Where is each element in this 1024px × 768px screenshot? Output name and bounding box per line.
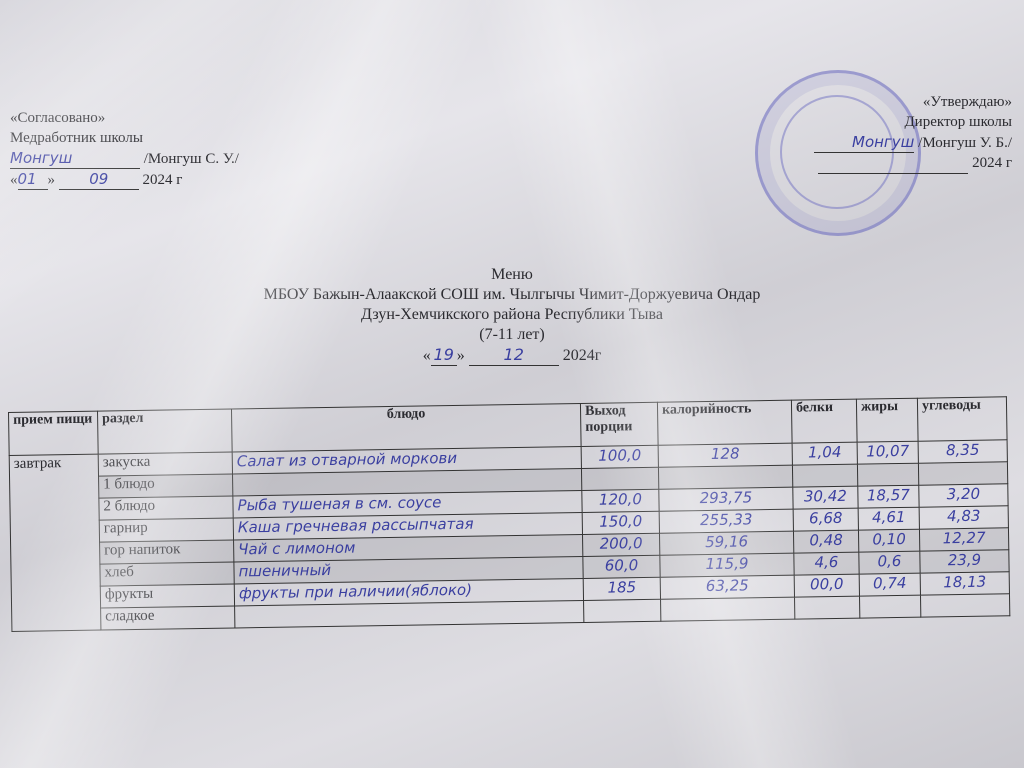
col-fats: жиры (856, 398, 918, 442)
proteins-cell: 00,0 (794, 574, 859, 597)
carbs-cell: 4,83 (919, 506, 1008, 529)
meal-cell: завтрак (9, 454, 101, 631)
school-name: МБОУ Бажын-Алаакской СОШ им. Чылгычы Чим… (0, 285, 1024, 305)
date-year: 2024 г (143, 172, 183, 188)
section-cell: сладкое (101, 606, 235, 630)
col-dish: блюдо (231, 404, 581, 452)
col-section: раздел (97, 409, 232, 454)
portion-cell (584, 599, 661, 622)
section-cell: гор напиток (100, 540, 234, 564)
carbs-cell: 18,13 (920, 572, 1009, 595)
menu-title-block: Меню МБОУ Бажын-Алаакской СОШ им. Чылгыч… (0, 265, 1024, 366)
approver-name: /Монгуш У. Б./ (918, 135, 1012, 151)
approval-left-block: «Согласовано» Медработник школы Монгуш /… (10, 108, 239, 190)
approval-heading: «Согласовано» (10, 108, 239, 128)
district-name: Дзун-Хемчикского района Республики Тыва (0, 305, 1024, 325)
proteins-cell: 1,04 (792, 442, 857, 465)
calories-cell: 255,33 (659, 509, 793, 533)
approval-role: Директор школы (814, 112, 1012, 132)
fats-cell: 0,74 (859, 573, 920, 596)
menu-date-month: 12 (469, 345, 559, 366)
section-cell: хлеб (100, 562, 234, 586)
portion-cell: 100,0 (581, 445, 658, 468)
calories-cell (658, 465, 792, 489)
portion-cell: 200,0 (582, 533, 659, 556)
fats-cell: 18,57 (858, 485, 919, 508)
col-meal: прием пищи (9, 411, 99, 455)
menu-date-year: 2024г (563, 347, 602, 364)
section-cell: гарнир (99, 518, 233, 542)
carbs-cell (920, 594, 1009, 617)
date-month: 09 (59, 169, 139, 190)
calories-cell: 293,75 (659, 487, 793, 511)
carbs-cell: 8,35 (918, 440, 1007, 463)
carbs-cell: 12,27 (919, 528, 1008, 551)
section-cell: фрукты (100, 584, 234, 608)
age-group: (7-11 лет) (0, 325, 1024, 345)
approver-name: /Монгуш С. У./ (144, 151, 239, 167)
proteins-cell: 0,48 (793, 530, 858, 553)
portion-cell: 185 (583, 577, 660, 600)
carbs-cell: 23,9 (920, 550, 1009, 573)
section-cell: 1 блюдо (99, 474, 233, 498)
date-year: 2024 г (972, 155, 1012, 171)
dish-cell (235, 600, 584, 627)
section-cell: 2 блюдо (99, 496, 233, 520)
calories-cell (661, 597, 795, 621)
calories-cell: 115,9 (660, 553, 794, 577)
portion-cell: 150,0 (582, 511, 659, 534)
proteins-cell (795, 596, 860, 619)
fats-cell: 4,61 (858, 507, 919, 530)
col-carbs: углеводы (917, 397, 1007, 441)
section-cell: закуска (98, 452, 232, 476)
fats-cell: 0,6 (859, 551, 920, 574)
col-portion: Выход порции (580, 402, 658, 446)
portion-cell: 60,0 (583, 555, 660, 578)
proteins-cell (792, 464, 857, 487)
col-proteins: белки (791, 399, 857, 443)
proteins-cell: 4,6 (794, 552, 859, 575)
fats-cell (859, 595, 920, 618)
calories-cell: 128 (658, 443, 792, 467)
portion-cell: 120,0 (582, 489, 659, 512)
carbs-cell (918, 462, 1007, 485)
menu-table: прием пищи раздел блюдо Выход порции кал… (8, 396, 1010, 632)
fats-cell: 0,10 (858, 529, 919, 552)
calories-cell: 63,25 (660, 575, 794, 599)
menu-date-day: 19 (431, 345, 457, 366)
calories-cell: 59,16 (659, 531, 793, 555)
portion-cell (581, 467, 658, 490)
date-day: 01 (18, 169, 48, 190)
proteins-cell: 6,68 (793, 508, 858, 531)
col-calories: калорийность (657, 400, 792, 445)
menu-title: Меню (0, 265, 1024, 285)
signature: Монгуш (10, 148, 140, 169)
signature: Монгуш (814, 132, 914, 153)
proteins-cell: 30,42 (793, 486, 858, 509)
fats-cell (857, 463, 918, 486)
fats-cell: 10,07 (857, 441, 918, 464)
approval-right-block: «Утверждаю» Директор школы Монгуш /Монгу… (814, 92, 1012, 174)
approval-role: Медработник школы (10, 128, 239, 148)
carbs-cell: 3,20 (919, 484, 1008, 507)
approval-heading: «Утверждаю» (814, 92, 1012, 112)
